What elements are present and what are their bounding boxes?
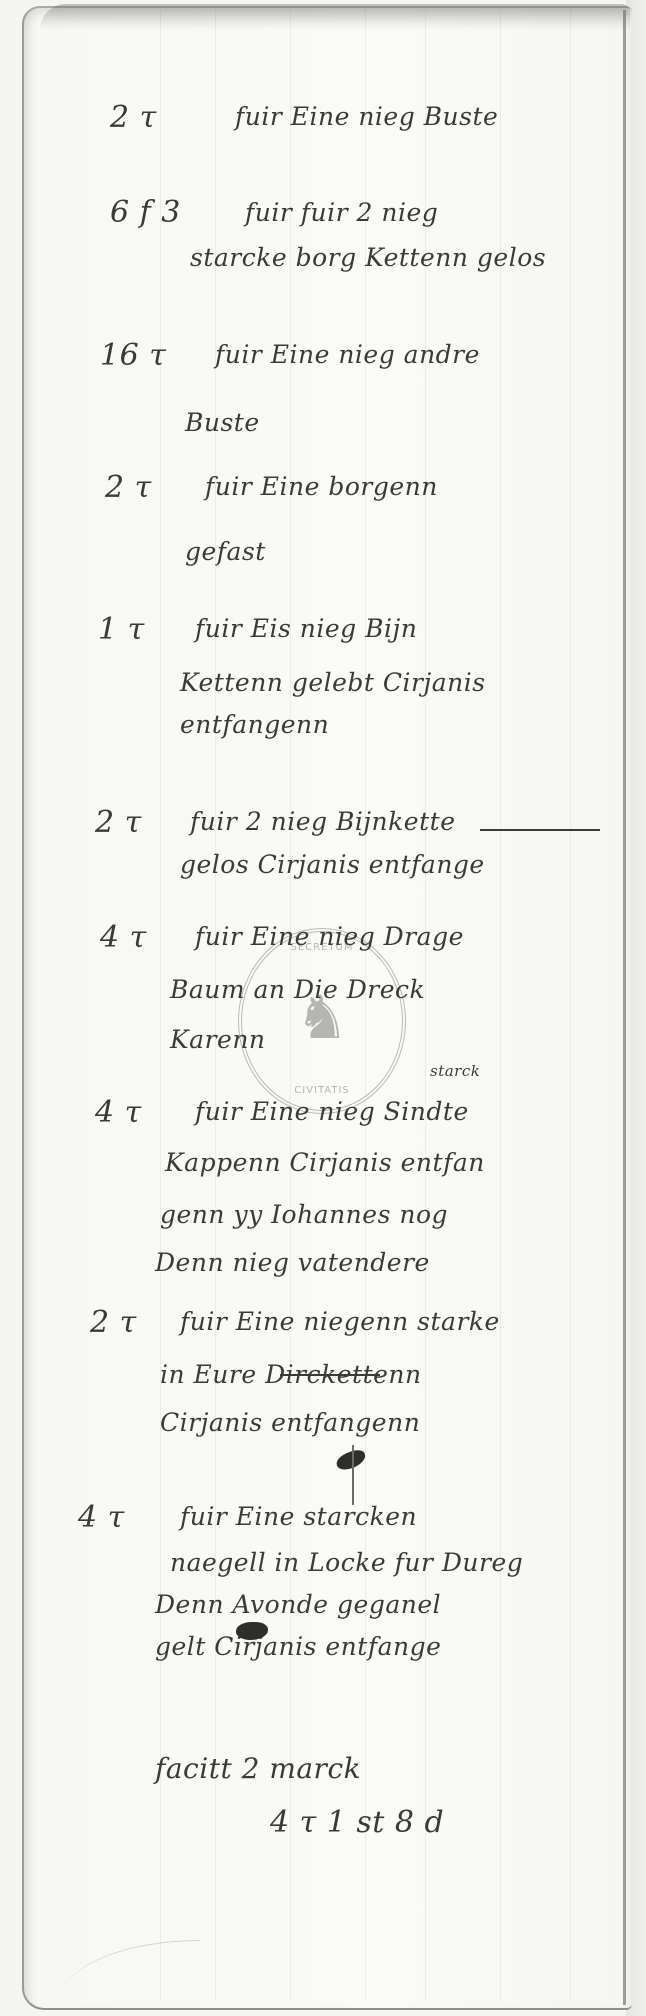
ink-stroke (352, 1445, 354, 1505)
entry-text: fuir Eine borgenn (205, 472, 438, 501)
sheet-edge (623, 10, 626, 2005)
entry-text: Baum an Die Dreck (170, 975, 425, 1004)
entry-amount: 4 τ (100, 920, 147, 955)
entry-text: gelos Cirjanis entfange (180, 850, 485, 879)
entry-text: fuir Eine nieg Buste (235, 102, 498, 131)
entry-text: Cirjanis entfangenn (160, 1408, 420, 1437)
entry-text: Denn Avonde geganel (155, 1590, 441, 1619)
entry-text: gelt Cirjanis entfange (155, 1632, 441, 1661)
entry-text: fuir Eine nieg Drage (195, 922, 464, 951)
entry-amount: 16 τ (100, 338, 166, 373)
archive-seal-stamp: SECRETUM ♞ CIVITATIS (238, 928, 406, 1114)
entry-amount: 2 τ (110, 100, 157, 135)
laid-line (215, 10, 216, 2000)
entry-superscript: starck (430, 1062, 480, 1080)
entry-text: fuir fuir 2 nieg (245, 198, 438, 227)
entry-amount: 2 τ (105, 470, 152, 505)
strikethrough-stroke (280, 1374, 380, 1376)
laid-line (425, 10, 426, 2000)
entry-text: entfangenn (180, 710, 329, 739)
entry-text: starcke borg Kettenn gelos (190, 243, 546, 272)
entry-text: Kappenn Cirjanis entfan (165, 1148, 485, 1177)
entry-text: fuir 2 nieg Bijnkette (190, 807, 456, 836)
entry-amount: 4 τ (95, 1095, 142, 1130)
entry-text: fuir Eine nieg Sindte (195, 1097, 469, 1126)
entry-text: gefast (185, 537, 266, 566)
laid-line (570, 10, 571, 2000)
sheet-top-curl (40, 4, 630, 30)
entry-amount: 1 τ (98, 612, 145, 647)
total-value: 4 τ 1 st 8 d (270, 1805, 444, 1840)
laid-line (500, 10, 501, 2000)
entry-amount: 4 τ (78, 1500, 125, 1535)
entry-amount: 6 f 3 (110, 195, 181, 230)
total-label: facitt 2 marck (155, 1752, 361, 1785)
entry-text: Kettenn gelebt Cirjanis (180, 668, 486, 697)
entry-text: fuir Eis nieg Bijn (195, 614, 417, 643)
underline-stroke (480, 829, 600, 831)
entry-text: fuir Eine starcken (180, 1502, 417, 1531)
entry-text: naegell in Locke fur Dureg (170, 1548, 523, 1577)
entry-text: fuir Eine niegenn starke (180, 1307, 500, 1336)
entry-text: fuir Eine nieg andre (215, 340, 480, 369)
entry-text: Karenn (170, 1025, 266, 1054)
entry-text: Buste (185, 408, 260, 437)
laid-line (160, 10, 161, 2000)
entry-amount: 2 τ (95, 805, 142, 840)
entry-text: genn yy Iohannes nog (160, 1200, 448, 1229)
entry-text: Denn nieg vatendere (155, 1248, 430, 1277)
stamp-text-bottom: CIVITATIS (242, 1085, 402, 1096)
entry-amount: 2 τ (90, 1305, 137, 1340)
